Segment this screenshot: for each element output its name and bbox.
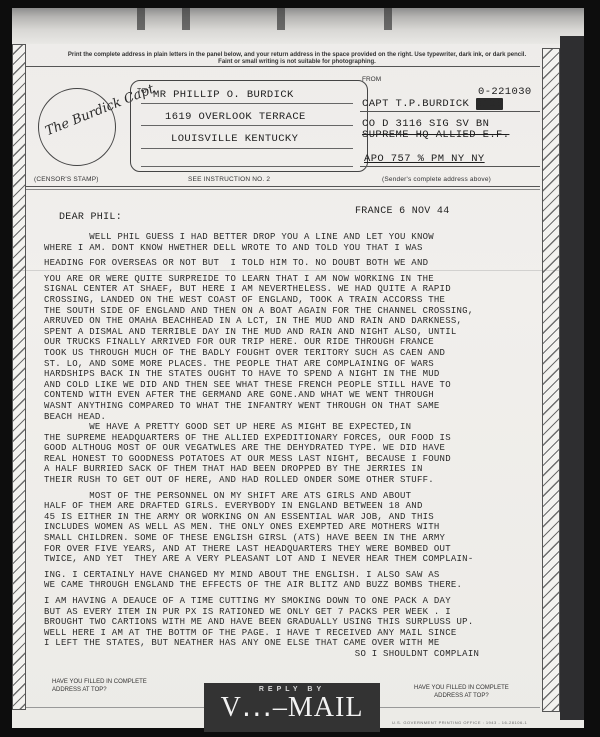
footer-right-note: HAVE YOU FILLED IN COMPLETE ADDRESS AT T… [414,684,509,700]
letter-line: WELL PHIL GUESS I HAD BETTER DROP YOU A … [44,232,554,243]
letter-line: INCLUDES WOMEN AS WELL AS MEN. THE ONLY … [44,522,554,533]
recipient-city: LOUISVILLE KENTUCKY [171,133,298,145]
printer-mark: U.S. GOVERNMENT PRINTING OFFICE : 1943 -… [392,720,527,725]
sender-serial: 0-221030 [478,86,532,98]
sender-name: CAPT T.P.BURDICK 0133 [362,98,503,110]
letter-line: ING. I CERTAINLY HAVE CHANGED MY MIND AB… [44,570,554,581]
letter-line: BUT AS EVERY ITEM IN PUR PX IS RATIONED … [44,607,554,618]
sender-struck-line: SUPREME HQ ALLIED E.F. [362,129,509,141]
salutation: DEAR PHIL: [59,212,122,223]
letter-line: YOU ARE OR WERE QUITE SURPREIDE TO LEARN… [44,274,554,285]
scan-shadow-bar [560,36,584,720]
to-label: TO: [137,88,149,95]
vmail-brand: V․․․–MAIL [204,693,380,723]
letter-line: SIGNAL CENTER AT SHAEF, BUT HERE I AM NE… [44,284,554,295]
letter-line: SO I SHOULDNT COMPLAIN [44,649,554,660]
letter-line: SMALL CHILDREN. SOME OF THESE ENGLISH GI… [44,533,554,544]
letter-line: TWICE, AND YET THEY ARE A VERY PLEASANT … [44,554,554,565]
letter-line: HEADING FOR OVERSEAS OR NOT BUT I TOLD H… [44,258,554,269]
letter-line: THE SUPREME HEADQUARTERS OF THE ALLIED E… [44,433,554,444]
letter-body: WELL PHIL GUESS I HAD BETTER DROP YOU A … [44,232,554,660]
letter-line: WE HAVE A PRETTY GOOD SET UP HERE AS MIG… [44,422,554,433]
sender-apo: APO 757 % PM NY NY [364,153,485,165]
censor-stamp-label: (CENSOR'S STAMP) [34,176,99,183]
letter-line: WHERE I AM. DONT KNOW HWETHER DELL WROTE… [44,243,554,254]
letter-line: 45 IS EITHER IN THE ARMY OR WORKING ON A… [44,512,554,523]
vmail-letter-sheet: Print the complete address in plain lett… [12,8,584,728]
sender-label: (Sender's complete address above) [382,176,491,183]
letter-line: AND COLD LIKE WE DID AND THEN SEE WHAT T… [44,380,554,391]
letter-line: I AM HAVING A DEAUCE OF A TIME CUTTING M… [44,596,554,607]
from-label: FROM [362,76,381,83]
letter-line: THEIR RUSH TO GET OUT OF HERE, AND HAD R… [44,475,554,486]
letter-line: OUR TRUCKS FINALLY ARRIVED FOR OUR TRIP … [44,337,554,348]
letter-date: FRANCE 6 NOV 44 [355,206,450,217]
letter-line: BEACH HEAD. [44,412,554,423]
letter-line: A HALF BURRIED SACK OF THEM THAT HAD BEE… [44,464,554,475]
letter-line: HALF OF THEM ARE DRAFTED GIRLS. EVERYBOD… [44,501,554,512]
recipient-street: 1619 OVERLOOK TERRACE [165,111,306,123]
letter-line: SPENT A DISMAL AND TERRIBLE DAY IN THE M… [44,327,554,338]
scan-top-band [12,8,584,44]
letter-line: REAL HONEST TO GOODNESS POTATOES AT OUR … [44,454,554,465]
redaction-blot: 0133 [476,98,503,110]
letter-line: WASNT ANYTHING COMPARED TO WHAT THE INFA… [44,401,554,412]
letter-line: FOR OVER FIVE YEARS, AND AT THERE LAST H… [44,544,554,555]
letter-line: HARDSHIPS BACK IN THE STATES OUGHT TO HA… [44,369,554,380]
letter-line: GOOD ALTHOUG MOST OF OUR VEGATWLES ARE T… [44,443,554,454]
vmail-logo: REPLY BY V․․․–MAIL [204,683,380,732]
recipient-name: MR PHILLIP O. BURDICK [153,89,294,101]
letter-line: I LEFT THE STATES, BUT NEATHER HAS ANY O… [44,638,554,649]
form-instructions: Print the complete address in plain lett… [62,52,532,66]
letter-line: ARRUVED ON THE OMAHA BEACHHEAD IN A LCT,… [44,316,554,327]
divider [26,66,540,67]
letter-line: CONTEND WITH EVEN AFTER THE GERMAND ARE … [44,390,554,401]
letter-line: TOOK US THROUGH MUCH OF THE BADLY FOUGHT… [44,348,554,359]
see-instruction: SEE INSTRUCTION NO. 2 [188,176,270,183]
footer-left-note: HAVE YOU FILLED IN COMPLETE ADDRESS AT T… [52,678,147,694]
letter-line: WELL HERE I AM AT THE BOTTM OF THE PAGE.… [44,628,554,639]
letter-line: BROUGHT TWO CARTIONS WITH ME AND HAVE BE… [44,617,554,628]
letter-line: ST. LO, AND SOME MORE PLACES. THE PEOPLE… [44,359,554,370]
left-hatched-margin [12,44,26,710]
letter-line: MOST OF THE PERSONNEL ON MY SHIFT ARE AT… [44,491,554,502]
recipient-address-panel: TO: MR PHILLIP O. BURDICK 1619 OVERLOOK … [130,80,368,172]
letter-line: WE CAME THROUGH ENGLAND THE EFFECTS OF T… [44,580,554,591]
letter-line: THE SOUTH SIDE OF ENGLAND AND THEN ON A … [44,306,554,317]
letter-line: CROSSING, LANDED ON THE WEST COAST OF EN… [44,295,554,306]
